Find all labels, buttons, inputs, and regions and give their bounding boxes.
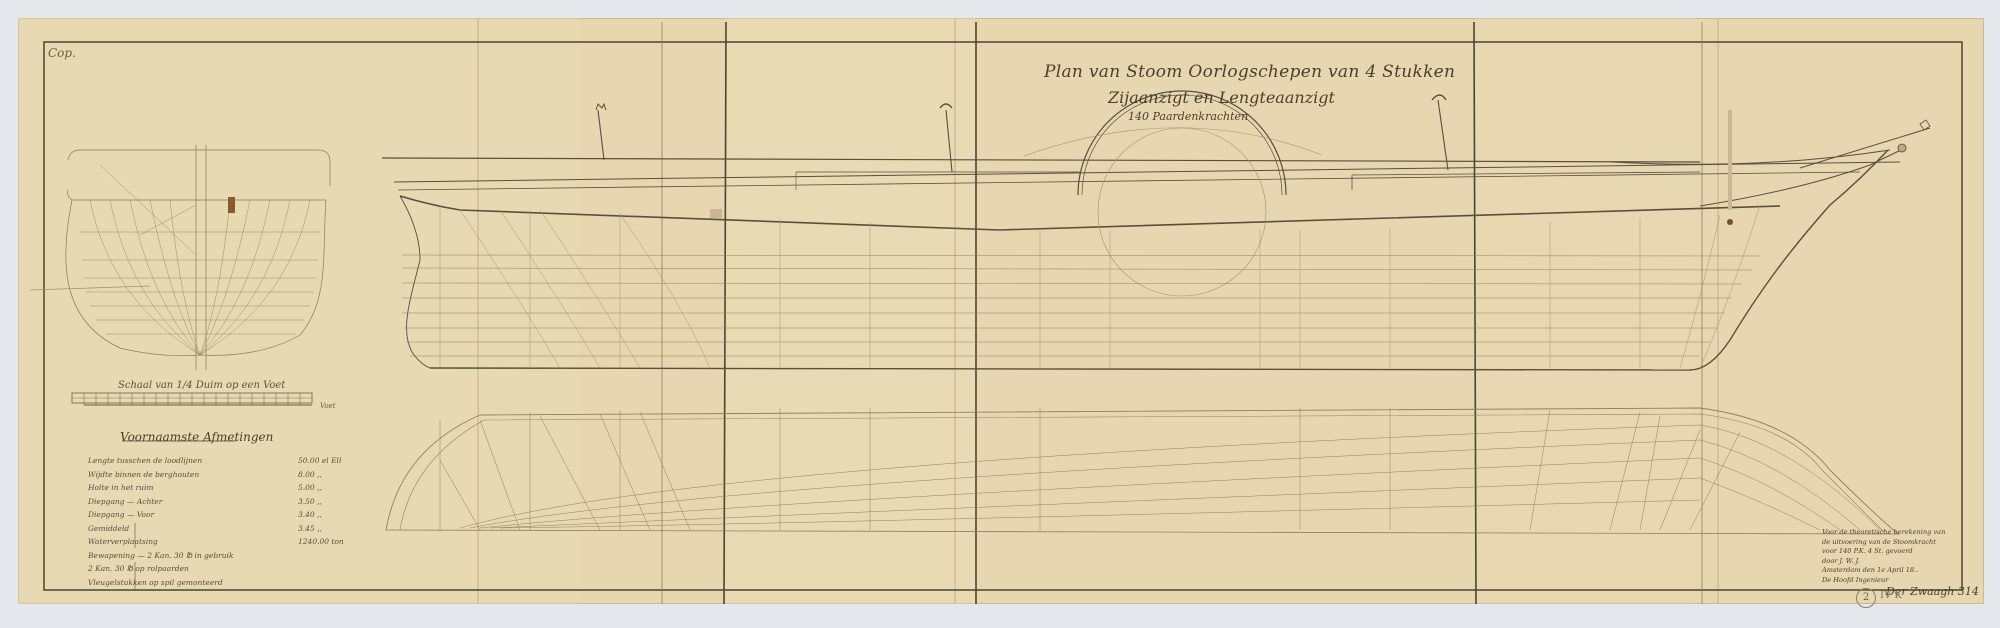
copy-mark: Cop. — [48, 46, 76, 60]
sheer-plan — [382, 91, 1930, 370]
spec-row: Gemiddeld3.45 ,, — [88, 522, 368, 536]
spec-row: 2 Kan. 30 ℔ op rolpaarden — [88, 562, 368, 576]
plan-title: Plan van Stoom Oorlogschepen van 4 Stukk… — [1044, 62, 1455, 82]
scale-bar-label: Schaal van 1/4 Duim op een Voet — [118, 380, 285, 391]
approval-note: Voor de theoretische berekening van de u… — [1822, 528, 1958, 586]
spec-row: Holte in het ruim5.00 ,, — [88, 481, 368, 495]
specifications-table: Lengte tusschen de loodlijnen50.00 el El… — [88, 454, 368, 589]
plan-horsepower: 140 Paardenkrachten — [1128, 110, 1248, 123]
spec-row: Vleugelstukken op spil gemonteerd — [88, 576, 368, 590]
spec-row: Diepgang — Achter3.50 ,, — [88, 495, 368, 509]
spec-row: Lengte tusschen de loodlijnen50.00 el El… — [88, 454, 368, 468]
specifications-title: Voornaamste Afmetingen — [120, 430, 273, 444]
scale-bar — [72, 393, 312, 405]
spec-row: Wijdte binnen de berghouten8.00 ,, — [88, 468, 368, 482]
spec-row: Diepgang — Voor3.40 ,, — [88, 508, 368, 522]
plan-subtitle: Zijaanzigt en Lengteaanzigt — [1108, 88, 1335, 107]
archive-code: IV K — [1880, 590, 1902, 601]
archive-stamp: 2 — [1856, 588, 1876, 608]
scale-bar-end-label: Voet — [320, 402, 336, 410]
spec-row: Waterverplaatsing1240.00 ton — [88, 535, 368, 549]
spec-row: Bewapening — 2 Kan. 30 ℔ in gebruik — [88, 549, 368, 563]
